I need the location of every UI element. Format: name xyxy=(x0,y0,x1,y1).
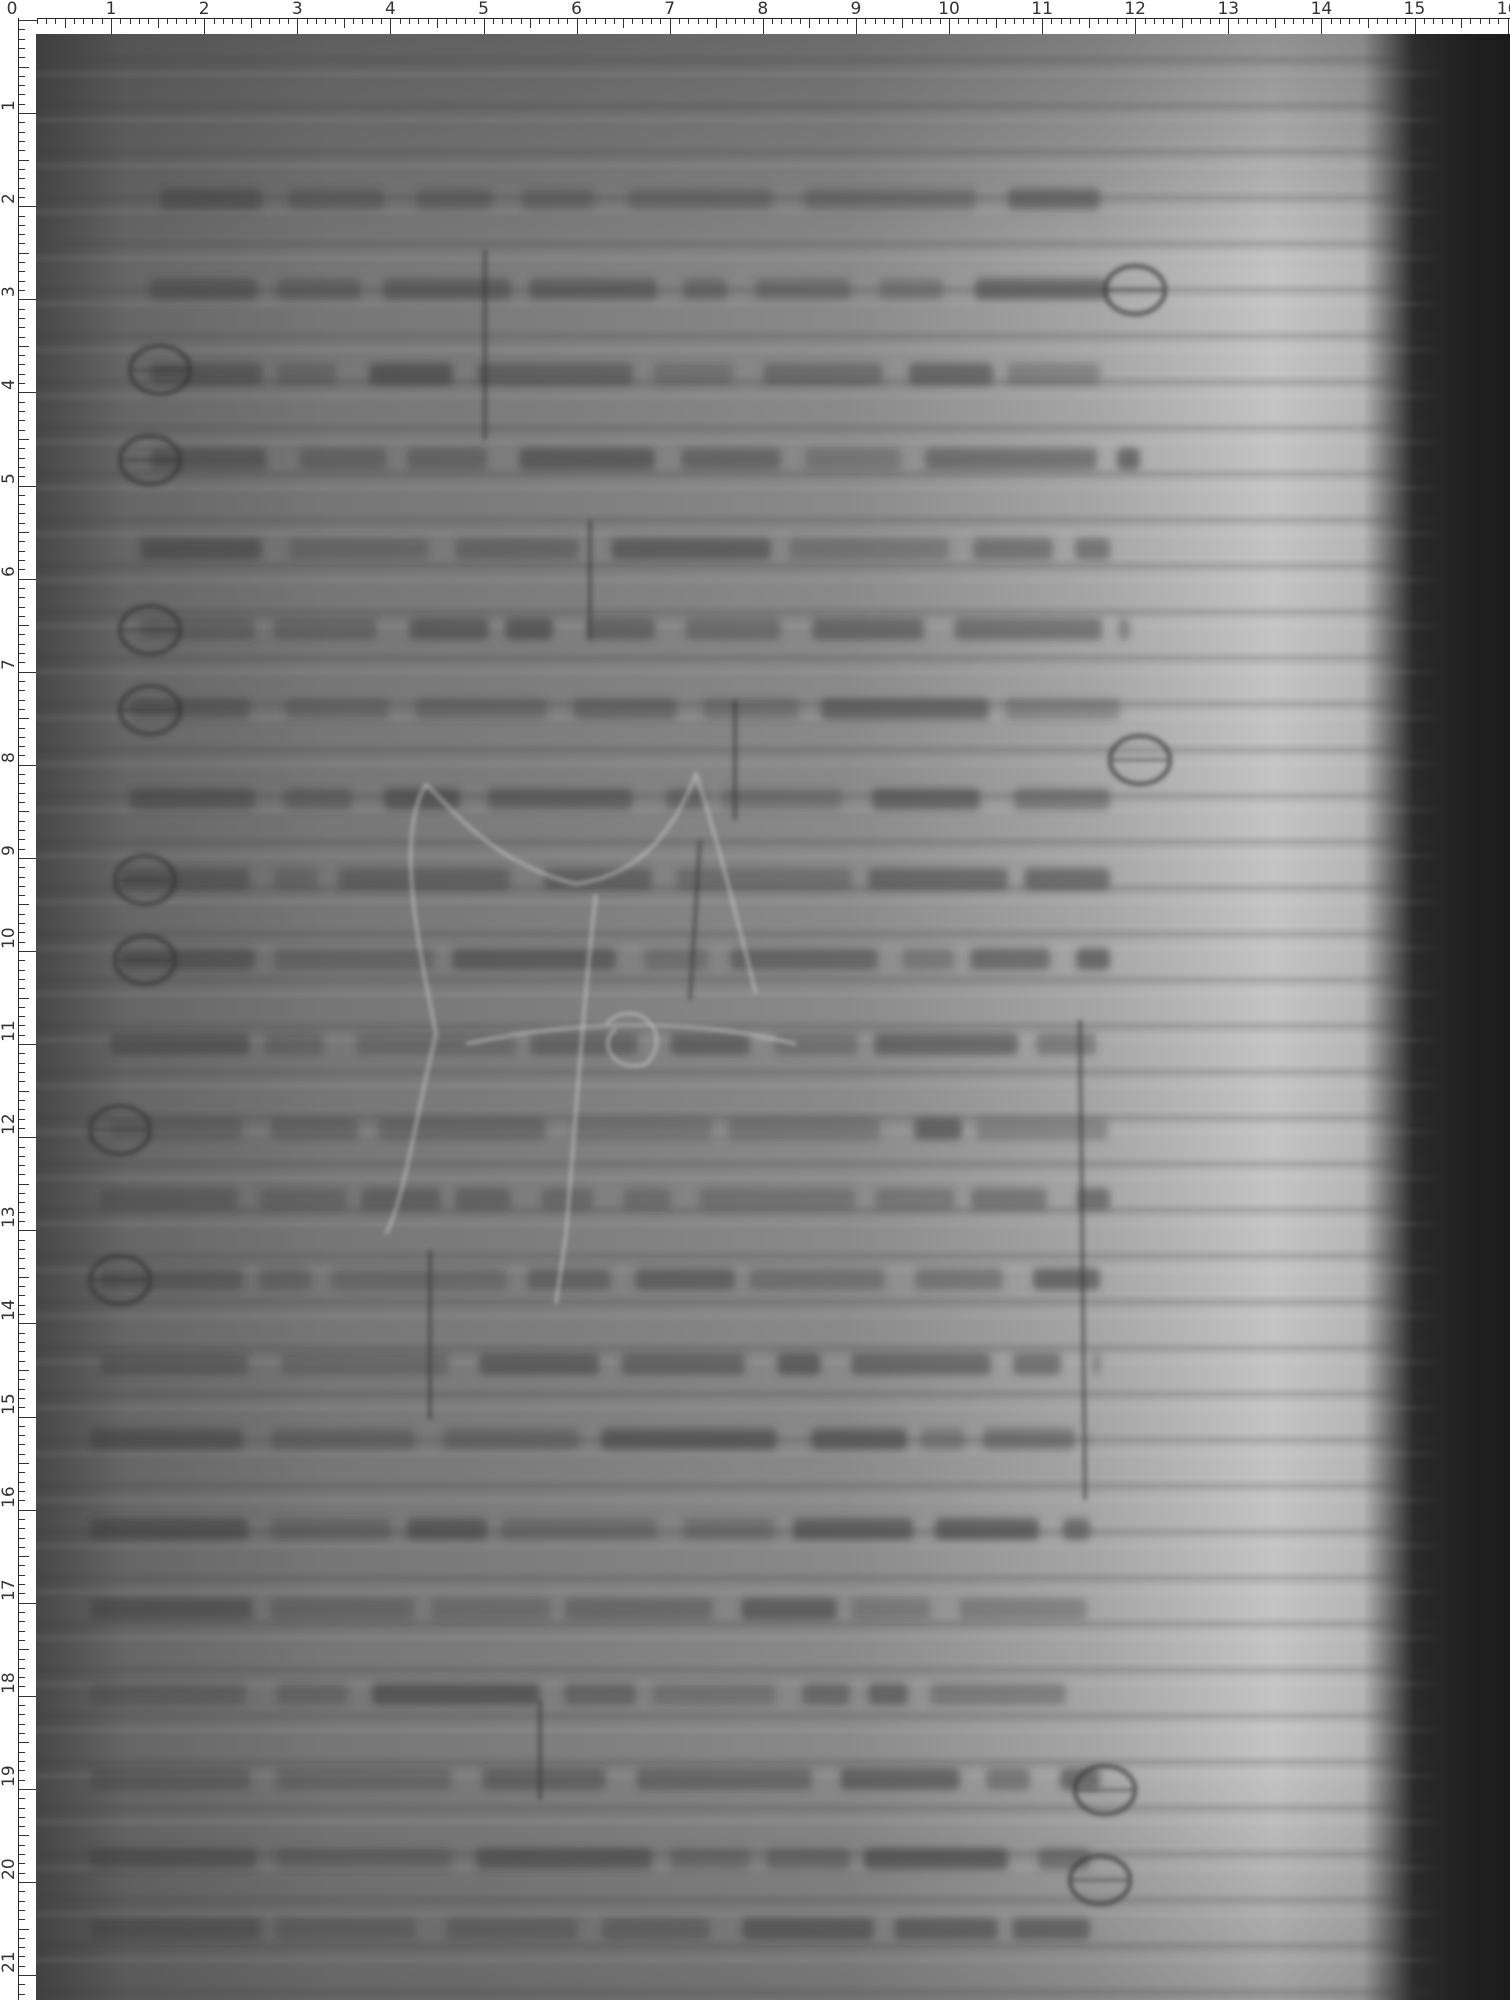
ruler-tick xyxy=(19,411,25,412)
ruler-tick xyxy=(279,19,280,24)
ruler-tick xyxy=(1061,19,1062,24)
ruler-tick xyxy=(19,1463,29,1464)
ruler-tick xyxy=(744,19,745,24)
ruler-tick xyxy=(19,197,25,198)
ruler-tick xyxy=(19,1519,25,1520)
ruler-tick xyxy=(19,290,25,291)
ruler-label: 16 xyxy=(1497,1,1510,18)
ruler-tick xyxy=(19,1956,25,1957)
ruler-tick xyxy=(19,1510,37,1511)
ruler-tick xyxy=(19,1295,25,1296)
ruler-tick xyxy=(19,718,29,719)
ruler-tick xyxy=(19,1686,25,1687)
ruler-tick xyxy=(19,625,29,626)
ruler-tick xyxy=(19,923,25,924)
ruler-tick xyxy=(856,19,857,35)
ruler-tick xyxy=(1163,19,1164,24)
ruler-tick xyxy=(1256,19,1257,24)
ruler-tick xyxy=(19,951,37,952)
ruler-tick xyxy=(19,653,25,654)
ruler-tick xyxy=(726,19,727,24)
ruler-tick xyxy=(19,877,25,878)
ruler-tick xyxy=(92,19,93,24)
ruler-tick xyxy=(819,19,820,24)
ruler-tick xyxy=(102,19,103,24)
ruler-tick xyxy=(19,811,29,812)
ruler-tick xyxy=(390,19,391,35)
ruler-tick xyxy=(19,523,25,524)
top-ruler: 012345678910111213141516 xyxy=(18,18,1510,35)
ruler-tick xyxy=(930,19,931,24)
ruler-tick xyxy=(1023,19,1024,24)
ruler-tick xyxy=(19,1538,25,1539)
ruler-label: 4 xyxy=(385,1,396,18)
ruler-tick xyxy=(260,19,261,24)
ruler-tick xyxy=(19,29,25,30)
ruler-tick xyxy=(1247,19,1248,24)
ruler-tick xyxy=(19,662,25,663)
ruler-tick xyxy=(1200,19,1201,24)
ruler-tick xyxy=(19,392,37,393)
ruler-tick xyxy=(605,19,606,24)
ruler-tick xyxy=(19,1817,25,1818)
ruler-tick xyxy=(19,299,37,300)
ruler-tick xyxy=(1070,19,1071,24)
ruler-tick xyxy=(19,1277,29,1278)
ruler-tick xyxy=(688,19,689,24)
ruler-tick xyxy=(753,19,754,24)
ruler-tick xyxy=(19,458,25,459)
ruler-tick xyxy=(19,1621,25,1622)
ruler-tick xyxy=(19,746,25,747)
ruler-tick xyxy=(1145,19,1146,24)
ruler-tick xyxy=(19,569,25,570)
ruler-tick xyxy=(120,19,121,24)
ruler-tick xyxy=(977,19,978,24)
ruler-tick xyxy=(19,1780,25,1781)
ruler-tick xyxy=(167,19,168,24)
ruler-tick xyxy=(19,1910,25,1911)
ruler-tick xyxy=(19,160,29,161)
ruler-tick xyxy=(19,1109,25,1110)
ruler-tick xyxy=(19,1575,25,1576)
ruler-tick xyxy=(19,551,25,552)
ruler-tick xyxy=(19,1444,25,1445)
ruler-label: 10 xyxy=(1,927,18,949)
ruler-tick xyxy=(19,1612,25,1613)
ruler-label: 12 xyxy=(1,1114,18,1136)
ruler-tick xyxy=(1182,19,1183,28)
ruler-tick xyxy=(19,430,25,431)
ruler-tick xyxy=(19,1947,25,1948)
ruler-tick xyxy=(19,1863,25,1864)
ruler-label: 1 xyxy=(1,100,18,111)
ruler-tick xyxy=(19,1389,25,1390)
ruler-tick xyxy=(19,1379,25,1380)
ruler-tick xyxy=(19,970,25,971)
ruler-tick xyxy=(19,1119,25,1120)
ruler-tick xyxy=(325,19,326,24)
ruler-tick xyxy=(1461,19,1462,28)
ruler-tick xyxy=(940,19,941,24)
ruler-tick xyxy=(19,1016,25,1017)
ruler-tick xyxy=(19,1752,25,1753)
ruler-tick xyxy=(19,318,25,319)
ruler-tick xyxy=(1508,19,1509,35)
ruler-tick xyxy=(19,1137,37,1138)
ruler-tick xyxy=(1191,19,1192,24)
ruler-tick xyxy=(19,1323,37,1324)
ruler-tick xyxy=(19,1286,25,1287)
ruler-tick xyxy=(19,122,25,123)
ruler-tick xyxy=(1219,19,1220,24)
ruler-tick xyxy=(19,886,25,887)
ruler-label: 20 xyxy=(1,1858,18,1880)
ruler-tick xyxy=(1014,19,1015,24)
ruler-tick xyxy=(19,1733,25,1734)
ruler-tick xyxy=(809,19,810,28)
ruler-tick xyxy=(865,19,866,24)
ruler-tick xyxy=(539,19,540,24)
ruler-tick xyxy=(19,1174,25,1175)
ruler-tick xyxy=(1042,19,1043,35)
ruler-tick xyxy=(19,1528,25,1529)
ruler-tick xyxy=(19,1770,25,1771)
ruler-tick xyxy=(418,19,419,24)
ruler-tick xyxy=(19,988,25,989)
ruler-tick xyxy=(19,243,25,244)
ruler-tick xyxy=(55,19,56,24)
ruler-tick xyxy=(19,1081,25,1082)
ruler-tick xyxy=(893,19,894,24)
ruler-tick xyxy=(19,1202,25,1203)
ruler-label: 15 xyxy=(1,1393,18,1415)
ruler-tick xyxy=(19,1500,25,1501)
ruler-tick xyxy=(875,19,876,24)
ruler-tick xyxy=(46,19,47,24)
ruler-tick xyxy=(19,1426,25,1427)
ruler-tick xyxy=(456,19,457,24)
ruler-tick xyxy=(800,19,801,24)
ruler-label: 8 xyxy=(1,752,18,763)
ruler-tick xyxy=(19,420,25,421)
ruler-tick xyxy=(19,616,25,617)
ruler-tick xyxy=(19,1761,25,1762)
ruler-tick xyxy=(19,867,25,868)
ruler-tick xyxy=(19,1212,25,1213)
ruler-tick xyxy=(19,700,25,701)
ruler-tick xyxy=(679,19,680,24)
ruler-tick xyxy=(19,1147,25,1148)
ruler-tick xyxy=(19,262,25,263)
ruler-tick xyxy=(1433,19,1434,24)
ruler-tick xyxy=(19,1128,25,1129)
ruler-tick xyxy=(19,513,25,514)
ruler-tick xyxy=(19,1007,25,1008)
ruler-label: 13 xyxy=(1,1207,18,1229)
ruler-tick xyxy=(400,19,401,24)
ruler-tick xyxy=(19,532,29,533)
ruler-tick xyxy=(19,1631,25,1632)
ruler-tick xyxy=(19,793,25,794)
ruler-label: 7 xyxy=(1,659,18,670)
ruler-tick xyxy=(884,19,885,24)
ruler-tick xyxy=(707,19,708,24)
ruler-tick xyxy=(19,1398,25,1399)
ruler-tick xyxy=(19,132,25,133)
ruler-tick xyxy=(1135,19,1136,35)
ruler-tick xyxy=(19,1063,25,1064)
ruler-tick xyxy=(19,20,37,21)
ruler-tick xyxy=(847,19,848,24)
ruler-tick xyxy=(204,19,205,35)
ruler-label: 0 xyxy=(7,1,18,18)
ruler-tick xyxy=(1293,19,1294,24)
ruler-tick xyxy=(1312,19,1313,24)
ruler-tick xyxy=(19,309,25,310)
ruler-label: 13 xyxy=(1217,1,1239,18)
ruler-tick xyxy=(530,19,531,28)
ruler-tick xyxy=(19,960,25,961)
ruler-tick xyxy=(19,448,25,449)
ruler-tick xyxy=(502,19,503,24)
ruler-tick xyxy=(19,1556,29,1557)
ruler-tick xyxy=(19,1044,37,1045)
ruler-tick xyxy=(19,467,25,468)
ruler-tick xyxy=(474,19,475,24)
ruler-tick xyxy=(763,19,764,35)
ruler-tick xyxy=(111,19,112,35)
ruler-tick xyxy=(660,19,661,24)
ruler-tick xyxy=(19,1472,25,1473)
ruler-label: 6 xyxy=(1,566,18,577)
ruler-tick xyxy=(772,19,773,24)
ruler-label: 14 xyxy=(1311,1,1333,18)
ruler-tick xyxy=(232,19,233,24)
ruler-tick xyxy=(19,634,25,635)
ruler-tick xyxy=(781,19,782,24)
ruler-label: 7 xyxy=(664,1,675,18)
ruler-tick xyxy=(19,1491,25,1492)
ruler-tick xyxy=(19,495,25,496)
ruler-tick xyxy=(19,1342,25,1343)
ruler-label: 9 xyxy=(850,1,861,18)
ruler-label: 17 xyxy=(1,1579,18,1601)
ruler-tick xyxy=(19,1891,25,1892)
ruler-tick xyxy=(130,19,131,24)
ruler-tick xyxy=(902,19,903,28)
left-ruler: 123456789101112131415161718192021 xyxy=(18,18,37,2000)
ruler-tick xyxy=(19,858,37,859)
ruler-tick xyxy=(1098,19,1099,24)
ruler-tick xyxy=(19,1724,25,1725)
ruler-tick xyxy=(642,19,643,24)
ruler-tick xyxy=(19,327,25,328)
ruler-tick xyxy=(19,1417,37,1418)
ruler-tick xyxy=(19,1798,25,1799)
ruler-tick xyxy=(949,19,950,35)
ruler-tick xyxy=(19,597,25,598)
ruler-tick xyxy=(19,1966,25,1967)
ruler-tick xyxy=(1238,19,1239,24)
ruler-label: 11 xyxy=(1,1020,18,1042)
ruler-tick xyxy=(1210,19,1211,24)
ruler-tick xyxy=(912,19,913,24)
ruler-tick xyxy=(307,19,308,24)
ruler-tick xyxy=(19,709,25,710)
ruler-tick xyxy=(1321,19,1322,35)
ruler-tick xyxy=(19,1640,25,1641)
ruler-tick xyxy=(19,1091,29,1092)
ruler-tick xyxy=(549,19,550,24)
ruler-tick xyxy=(1154,19,1155,24)
ruler-tick xyxy=(19,1808,25,1809)
ruler-tick xyxy=(19,1565,25,1566)
ruler-tick xyxy=(632,19,633,24)
ruler-tick xyxy=(19,346,29,347)
ruler-tick xyxy=(1498,19,1499,24)
ruler-tick xyxy=(19,1184,29,1185)
ruler-tick xyxy=(19,364,25,365)
ruler-tick xyxy=(195,19,196,24)
ruler-tick xyxy=(1033,19,1034,24)
ruler-tick xyxy=(670,19,671,35)
ruler-label: 11 xyxy=(1031,1,1053,18)
ruler-tick xyxy=(19,1230,37,1231)
ruler-tick xyxy=(19,402,25,403)
page-shadow-edge xyxy=(1414,34,1510,2000)
ruler-label: 3 xyxy=(1,286,18,297)
ruler-tick xyxy=(586,19,587,24)
ruler-tick xyxy=(74,19,75,24)
ruler-tick xyxy=(1117,19,1118,24)
ruler-tick xyxy=(1284,19,1285,24)
ruler-tick xyxy=(19,774,25,775)
ruler-tick xyxy=(19,1854,25,1855)
ruler-tick xyxy=(595,19,596,24)
ruler-tick xyxy=(651,19,652,24)
ruler-label: 16 xyxy=(1,1486,18,1508)
ruler-tick xyxy=(1107,19,1108,24)
ruler-tick xyxy=(1275,19,1276,28)
ruler-tick xyxy=(19,1482,25,1483)
ruler-tick xyxy=(19,1314,25,1315)
ruler-tick xyxy=(19,979,25,980)
ruler-tick xyxy=(19,998,29,999)
ruler-tick xyxy=(837,19,838,24)
ruler-tick xyxy=(828,19,829,24)
ruler-tick xyxy=(19,94,25,95)
ruler-label: 12 xyxy=(1124,1,1146,18)
ruler-tick xyxy=(791,19,792,24)
ruler-tick xyxy=(19,1258,25,1259)
ruler-tick xyxy=(19,728,25,729)
ruler-tick xyxy=(428,19,429,24)
ruler-label: 14 xyxy=(1,1300,18,1322)
ruler-tick xyxy=(698,19,699,24)
ruler-tick xyxy=(19,681,25,682)
ruler-tick xyxy=(223,19,224,24)
ruler-tick xyxy=(19,737,25,738)
ruler-tick xyxy=(521,19,522,24)
ruler-tick xyxy=(19,383,25,384)
ruler-tick xyxy=(19,476,25,477)
ruler-tick xyxy=(19,1035,25,1036)
ruler-tick xyxy=(297,19,298,35)
ruler-tick xyxy=(19,942,25,943)
ruler-tick xyxy=(19,486,37,487)
ruler-label: 19 xyxy=(1,1765,18,1787)
ruler-tick xyxy=(19,1901,25,1902)
ruler-tick xyxy=(19,1435,25,1436)
ruler-tick xyxy=(19,1984,25,1985)
ruler-tick xyxy=(19,1845,25,1846)
ruler-tick xyxy=(1051,19,1052,24)
ruler-tick xyxy=(1452,19,1453,24)
ruler-tick xyxy=(19,150,25,151)
ruler-tick xyxy=(19,1938,25,1939)
ruler-tick xyxy=(19,541,25,542)
ruler-tick xyxy=(19,234,25,235)
ruler-tick xyxy=(1405,19,1406,24)
ruler-label: 18 xyxy=(1,1672,18,1694)
ruler-label: 2 xyxy=(199,1,210,18)
ruler-label: 15 xyxy=(1404,1,1426,18)
ruler-tick xyxy=(623,19,624,28)
ruler-tick xyxy=(19,1351,25,1352)
ruler-tick xyxy=(1480,19,1481,24)
ruler-tick xyxy=(19,755,25,756)
ruler-tick xyxy=(735,19,736,24)
ruler-tick xyxy=(19,672,37,673)
ruler-tick xyxy=(19,67,29,68)
undertext-ink xyxy=(36,34,1510,2000)
ruler-tick xyxy=(19,783,25,784)
ruler-tick xyxy=(19,439,29,440)
ruler-tick xyxy=(996,19,997,28)
ruler-tick xyxy=(446,19,447,24)
ruler-tick xyxy=(1470,19,1471,24)
ruler-tick xyxy=(19,253,29,254)
ruler-tick xyxy=(19,607,25,608)
ruler-tick xyxy=(921,19,922,24)
ruler-tick xyxy=(19,1677,25,1678)
ruler-tick xyxy=(567,19,568,24)
ruler-tick xyxy=(19,1370,29,1371)
ruler-tick xyxy=(19,225,25,226)
ruler-tick xyxy=(958,19,959,24)
ruler-tick xyxy=(19,821,25,822)
ruler-tick xyxy=(19,39,25,40)
ruler-tick xyxy=(19,1835,29,1836)
ruler-tick xyxy=(19,85,25,86)
ruler-label: 5 xyxy=(478,1,489,18)
ruler-label: 6 xyxy=(571,1,582,18)
ruler-tick xyxy=(19,1333,25,1334)
ruler-tick xyxy=(19,206,37,207)
ruler-tick xyxy=(316,19,317,24)
ruler-label: 8 xyxy=(757,1,768,18)
ruler-tick xyxy=(19,1072,25,1073)
ruler-tick xyxy=(288,19,289,24)
ruler-tick xyxy=(19,1593,25,1594)
ruler-tick xyxy=(19,1696,37,1697)
ruler-tick xyxy=(139,19,140,24)
ruler-tick xyxy=(353,19,354,24)
ruler-tick xyxy=(1172,19,1173,24)
ruler-tick xyxy=(19,1268,25,1269)
ruler-tick xyxy=(19,1882,37,1883)
